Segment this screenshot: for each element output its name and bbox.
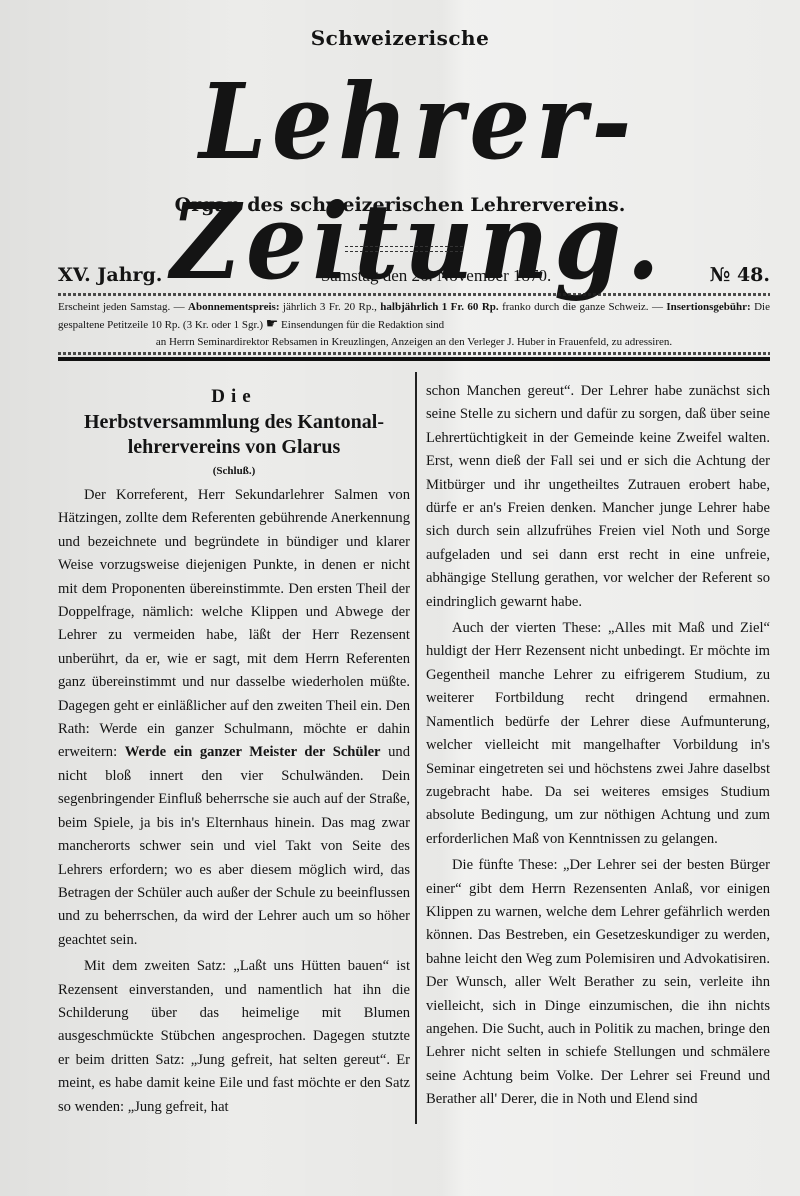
- article-continuation: (Schluß.): [58, 460, 410, 482]
- pointing-hand-icon: ☛: [266, 316, 279, 333]
- paragraph: Der Korreferent, Herr Sekundarlehrer Sal…: [58, 484, 410, 952]
- subscription-info: Erscheint jeden Samstag. — Abonnementspr…: [58, 299, 770, 351]
- info-submissions: Einsendungen für die Redaktion sind: [281, 319, 444, 331]
- info-insertion-label: Insertionsgebühr:: [666, 301, 750, 313]
- article-heading: Die Herbstversammlung des Kantonal- lehr…: [58, 384, 410, 482]
- info-publication: Erscheint jeden Samstag. —: [58, 301, 185, 313]
- paragraph: Auch der vierten These: „Alles mit Maß u…: [426, 617, 770, 851]
- column-right: schon Manchen gereut“. Der Lehrer habe z…: [426, 380, 770, 1112]
- ornament-divider: [345, 246, 463, 252]
- issue-date: Samstag den 26. November 1870.: [321, 266, 551, 286]
- emphasis: Werde ein ganzer Meister der Schüler: [125, 744, 381, 760]
- thick-rule: [58, 357, 770, 361]
- dateline: XV. Jahrg. Samstag den 26. November 1870…: [58, 264, 770, 292]
- info-delivery: franko durch die ganze Schweiz. —: [502, 301, 663, 313]
- column-left: Die Herbstversammlung des Kantonal- lehr…: [58, 380, 410, 1119]
- wavy-rule-top: [58, 293, 770, 296]
- column-divider: [415, 372, 417, 1124]
- info-price-yearly: jährlich 3 Fr. 20 Rp.,: [283, 301, 377, 313]
- newspaper-subtitle: Organ des schweizerischen Lehrervereins.: [0, 194, 800, 216]
- issue-number: № 48.: [710, 264, 770, 286]
- wavy-rule-bottom: [58, 352, 770, 355]
- paragraph: Mit dem zweiten Satz: „Laßt uns Hütten b…: [58, 955, 410, 1119]
- volume-label: XV. Jahrg.: [58, 264, 162, 286]
- article-title-line2: lehrervereins von Glarus: [58, 435, 410, 460]
- paragraph: Die fünfte These: „Der Lehrer sei der be…: [426, 854, 770, 1111]
- masthead-kicker: Schweizerische: [0, 26, 800, 50]
- info-price-half: halbjährlich 1 Fr. 60 Rp.: [380, 301, 498, 313]
- paragraph: schon Manchen gereut“. Der Lehrer habe z…: [426, 380, 770, 614]
- info-addresses: an Herrn Seminardirektor Rebsamen in Kre…: [58, 334, 770, 351]
- article-pre-title: Die: [58, 384, 410, 410]
- article-title-line1: Herbstversammlung des Kantonal-: [58, 410, 410, 435]
- info-price-label: Abonnementspreis:: [188, 301, 279, 313]
